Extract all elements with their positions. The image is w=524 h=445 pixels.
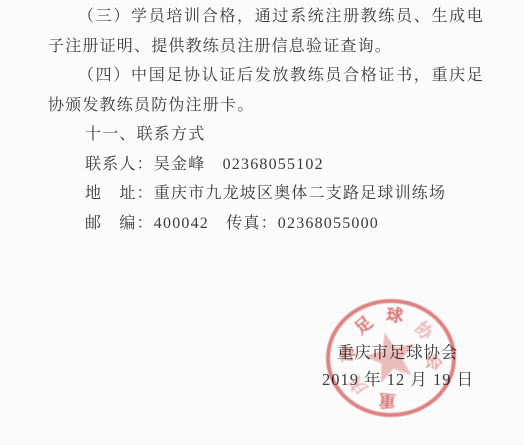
- star-icon: [360, 327, 421, 386]
- contact-postal-fax-line: 邮 编：400042 传真：02368055000: [85, 209, 484, 239]
- stamp-char: 会: [423, 352, 444, 371]
- official-seal-stamp: 重 庆 市 足 球 协 会: [321, 296, 461, 422]
- paragraph-item-4: （四）中国足协认证后发放教练员合格证书，重庆足协颁发教练员防伪注册卡。: [48, 61, 484, 120]
- stamp-char: 庆: [345, 373, 371, 399]
- document-body: （三）学员培训合格，通过系统注册教练员、生成电子注册证明、提供教练员注册信息验证…: [48, 2, 484, 238]
- stamp-char: 重: [378, 390, 397, 411]
- stamp-char: 球: [385, 304, 404, 325]
- paragraph-item-3: （三）学员培训合格，通过系统注册教练员、生成电子注册证明、提供教练员注册信息验证…: [48, 2, 484, 61]
- stamp-char: 市: [337, 345, 358, 364]
- section-heading: 十一、联系方式: [85, 120, 484, 150]
- stamp-char: 协: [411, 317, 438, 344]
- contact-person-line: 联系人：吴金峰 02368055102: [85, 150, 484, 180]
- stamp-char: 足: [351, 313, 376, 338]
- document-page: （三）学员培训合格，通过系统注册教练员、生成电子注册证明、提供教练员注册信息验证…: [0, 0, 524, 445]
- contact-address-line: 地 址：重庆市九龙坡区奥体二支路足球训练场: [85, 179, 484, 209]
